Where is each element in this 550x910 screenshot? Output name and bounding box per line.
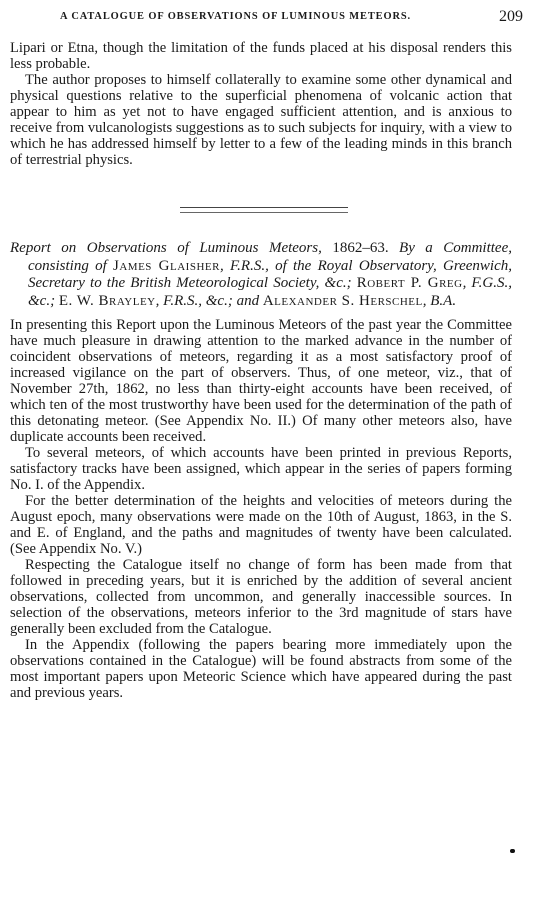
member-name: E. W. Brayley bbox=[59, 293, 156, 309]
ink-mark bbox=[510, 849, 515, 853]
member-credentials: , B.A. bbox=[423, 293, 456, 309]
report-body: In presenting this Report upon the Lumin… bbox=[10, 317, 512, 701]
report-years: 1862–63. bbox=[322, 240, 399, 256]
paragraph: The author proposes to himself collatera… bbox=[10, 72, 512, 168]
member-name: Alexander S. Herschel bbox=[263, 293, 423, 309]
member-credentials: , F.R.S., &c.; and bbox=[156, 293, 263, 309]
report-title: Report on Observations of Luminous Meteo… bbox=[10, 240, 322, 256]
paragraph: In the Appendix (following the papers be… bbox=[10, 637, 512, 701]
paragraph: For the better determination of the heig… bbox=[10, 493, 512, 557]
running-title: A CATALOGUE OF OBSERVATIONS OF LUMINOUS … bbox=[60, 11, 411, 22]
page-number: 209 bbox=[499, 8, 523, 26]
report-heading: Report on Observations of Luminous Meteo… bbox=[10, 240, 512, 310]
continuation-section: Lipari or Etna, though the limitation of… bbox=[10, 40, 512, 168]
paragraph: Respecting the Catalogue itself no chang… bbox=[10, 557, 512, 637]
paragraph: To several meteors, of which accounts ha… bbox=[10, 445, 512, 493]
running-header: A CATALOGUE OF OBSERVATIONS OF LUMINOUS … bbox=[60, 8, 520, 30]
member-name: James Glaisher bbox=[113, 258, 220, 274]
section-divider bbox=[180, 207, 348, 213]
paragraph: Lipari or Etna, though the limitation of… bbox=[10, 40, 512, 72]
paragraph: In presenting this Report upon the Lumin… bbox=[10, 317, 512, 445]
member-name: Robert P. Greg bbox=[357, 275, 463, 291]
